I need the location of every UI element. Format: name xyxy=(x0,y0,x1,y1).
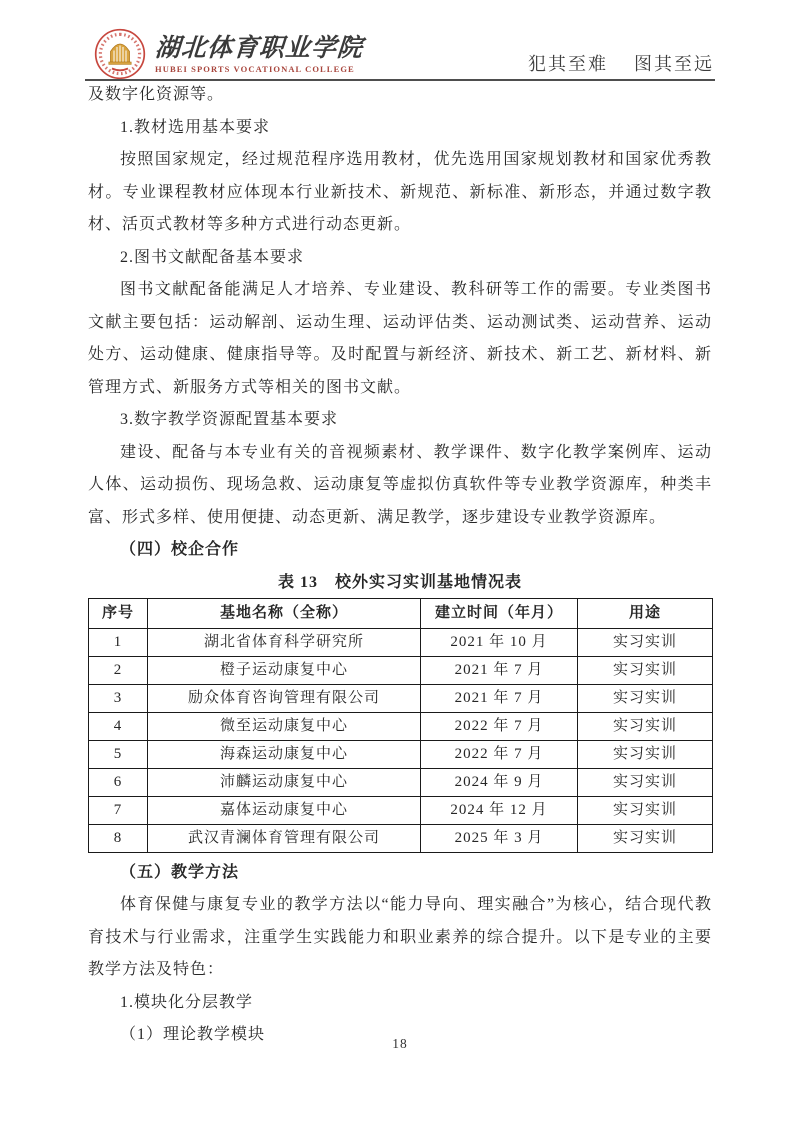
cell-seq: 3 xyxy=(89,684,148,712)
cell-usage: 实习实训 xyxy=(578,796,713,824)
table-row: 4 微至运动康复中心 2022 年 7 月 实习实训 xyxy=(89,712,713,740)
cell-established: 2021 年 10 月 xyxy=(421,628,578,656)
cell-usage: 实习实训 xyxy=(578,740,713,768)
cell-base-name: 微至运动康复中心 xyxy=(148,712,421,740)
table-row: 6 沛麟运动康复中心 2024 年 9 月 实习实训 xyxy=(89,768,713,796)
motto-left: 犯其至难 xyxy=(528,54,608,74)
college-seal-icon xyxy=(94,28,146,80)
heading-teaching-methods: （五）教学方法 xyxy=(88,857,712,890)
college-name-block: 湖北体育职业学院 HUBEI SPORTS VOCATIONAL COLLEGE xyxy=(155,34,363,75)
cell-established: 2025 年 3 月 xyxy=(421,824,578,852)
table-row: 2 橙子运动康复中心 2021 年 7 月 实习实训 xyxy=(89,656,713,684)
college-name-en: HUBEI SPORTS VOCATIONAL COLLEGE xyxy=(155,64,363,75)
college-name-zh: 湖北体育职业学院 xyxy=(154,34,364,64)
cell-base-name: 武汉青澜体育管理有限公司 xyxy=(148,824,421,852)
cell-established: 2024 年 12 月 xyxy=(421,796,578,824)
cell-seq: 4 xyxy=(89,712,148,740)
motto-right: 图其至远 xyxy=(634,54,714,74)
cell-usage: 实习实训 xyxy=(578,768,713,796)
document-body: 及数字化资源等。 1.教材选用基本要求 按照国家规定，经过规范程序选用教材，优先… xyxy=(88,79,712,1052)
cell-seq: 1 xyxy=(89,628,148,656)
table-header-row: 序号 基地名称（全称） 建立时间（年月） 用途 xyxy=(89,598,713,628)
heading-modular-teaching: 1.模块化分层教学 xyxy=(88,987,712,1020)
table-row: 7 嘉体运动康复中心 2024 年 12 月 实习实训 xyxy=(89,796,713,824)
table-row: 3 励众体育咨询管理有限公司 2021 年 7 月 实习实训 xyxy=(89,684,713,712)
paragraph-library: 图书文献配备能满足人才培养、专业建设、教科研等工作的需要。专业类图书文献主要包括… xyxy=(88,274,712,404)
cell-usage: 实习实训 xyxy=(578,824,713,852)
cell-seq: 2 xyxy=(89,656,148,684)
cell-base-name: 湖北省体育科学研究所 xyxy=(148,628,421,656)
cell-seq: 7 xyxy=(89,796,148,824)
training-bases-table: 序号 基地名称（全称） 建立时间（年月） 用途 1 湖北省体育科学研究所 202… xyxy=(88,598,713,853)
header-usage: 用途 xyxy=(578,598,713,628)
heading-library-requirements: 2.图书文献配备基本要求 xyxy=(88,242,712,275)
paragraph-textbook: 按照国家规定，经过规范程序选用教材，优先选用国家规划教材和国家优秀教材。专业课程… xyxy=(88,144,712,242)
table-row: 1 湖北省体育科学研究所 2021 年 10 月 实习实训 xyxy=(89,628,713,656)
header-brand: 湖北体育职业学院 HUBEI SPORTS VOCATIONAL COLLEGE xyxy=(94,28,363,80)
cell-seq: 6 xyxy=(89,768,148,796)
cell-usage: 实习实训 xyxy=(578,712,713,740)
header-motto: 犯其至难图其至远 xyxy=(528,50,714,76)
table-row: 8 武汉青澜体育管理有限公司 2025 年 3 月 实习实训 xyxy=(89,824,713,852)
header-seq: 序号 xyxy=(89,598,148,628)
cell-usage: 实习实训 xyxy=(578,628,713,656)
cell-usage: 实习实训 xyxy=(578,656,713,684)
cell-base-name: 橙子运动康复中心 xyxy=(148,656,421,684)
cell-established: 2024 年 9 月 xyxy=(421,768,578,796)
cell-usage: 实习实训 xyxy=(578,684,713,712)
cell-established: 2021 年 7 月 xyxy=(421,684,578,712)
cell-base-name: 沛麟运动康复中心 xyxy=(148,768,421,796)
table-title: 表 13 校外实习实训基地情况表 xyxy=(88,571,712,595)
cell-seq: 8 xyxy=(89,824,148,852)
paragraph-digital-resources: 建设、配备与本专业有关的音视频素材、教学课件、数字化教学案例库、运动人体、运动损… xyxy=(88,437,712,535)
page-number: 18 xyxy=(0,1036,800,1052)
cell-seq: 5 xyxy=(89,740,148,768)
paragraph-teaching-methods: 体育保健与康复专业的教学方法以“能力导向、理实融合”为核心，结合现代教育技术与行… xyxy=(88,889,712,987)
cell-established: 2021 年 7 月 xyxy=(421,656,578,684)
cell-base-name: 嘉体运动康复中心 xyxy=(148,796,421,824)
table-row: 5 海森运动康复中心 2022 年 7 月 实习实训 xyxy=(89,740,713,768)
heading-school-enterprise-cooperation: （四）校企合作 xyxy=(88,534,712,567)
paragraph-continuation: 及数字化资源等。 xyxy=(88,79,712,112)
document-page: 湖北体育职业学院 HUBEI SPORTS VOCATIONAL COLLEGE… xyxy=(0,0,800,1131)
cell-established: 2022 年 7 月 xyxy=(421,740,578,768)
cell-base-name: 励众体育咨询管理有限公司 xyxy=(148,684,421,712)
header-established: 建立时间（年月） xyxy=(421,598,578,628)
cell-base-name: 海森运动康复中心 xyxy=(148,740,421,768)
heading-textbook-requirements: 1.教材选用基本要求 xyxy=(88,112,712,145)
heading-digital-resources: 3.数字教学资源配置基本要求 xyxy=(88,404,712,437)
header-base-name: 基地名称（全称） xyxy=(148,598,421,628)
cell-established: 2022 年 7 月 xyxy=(421,712,578,740)
